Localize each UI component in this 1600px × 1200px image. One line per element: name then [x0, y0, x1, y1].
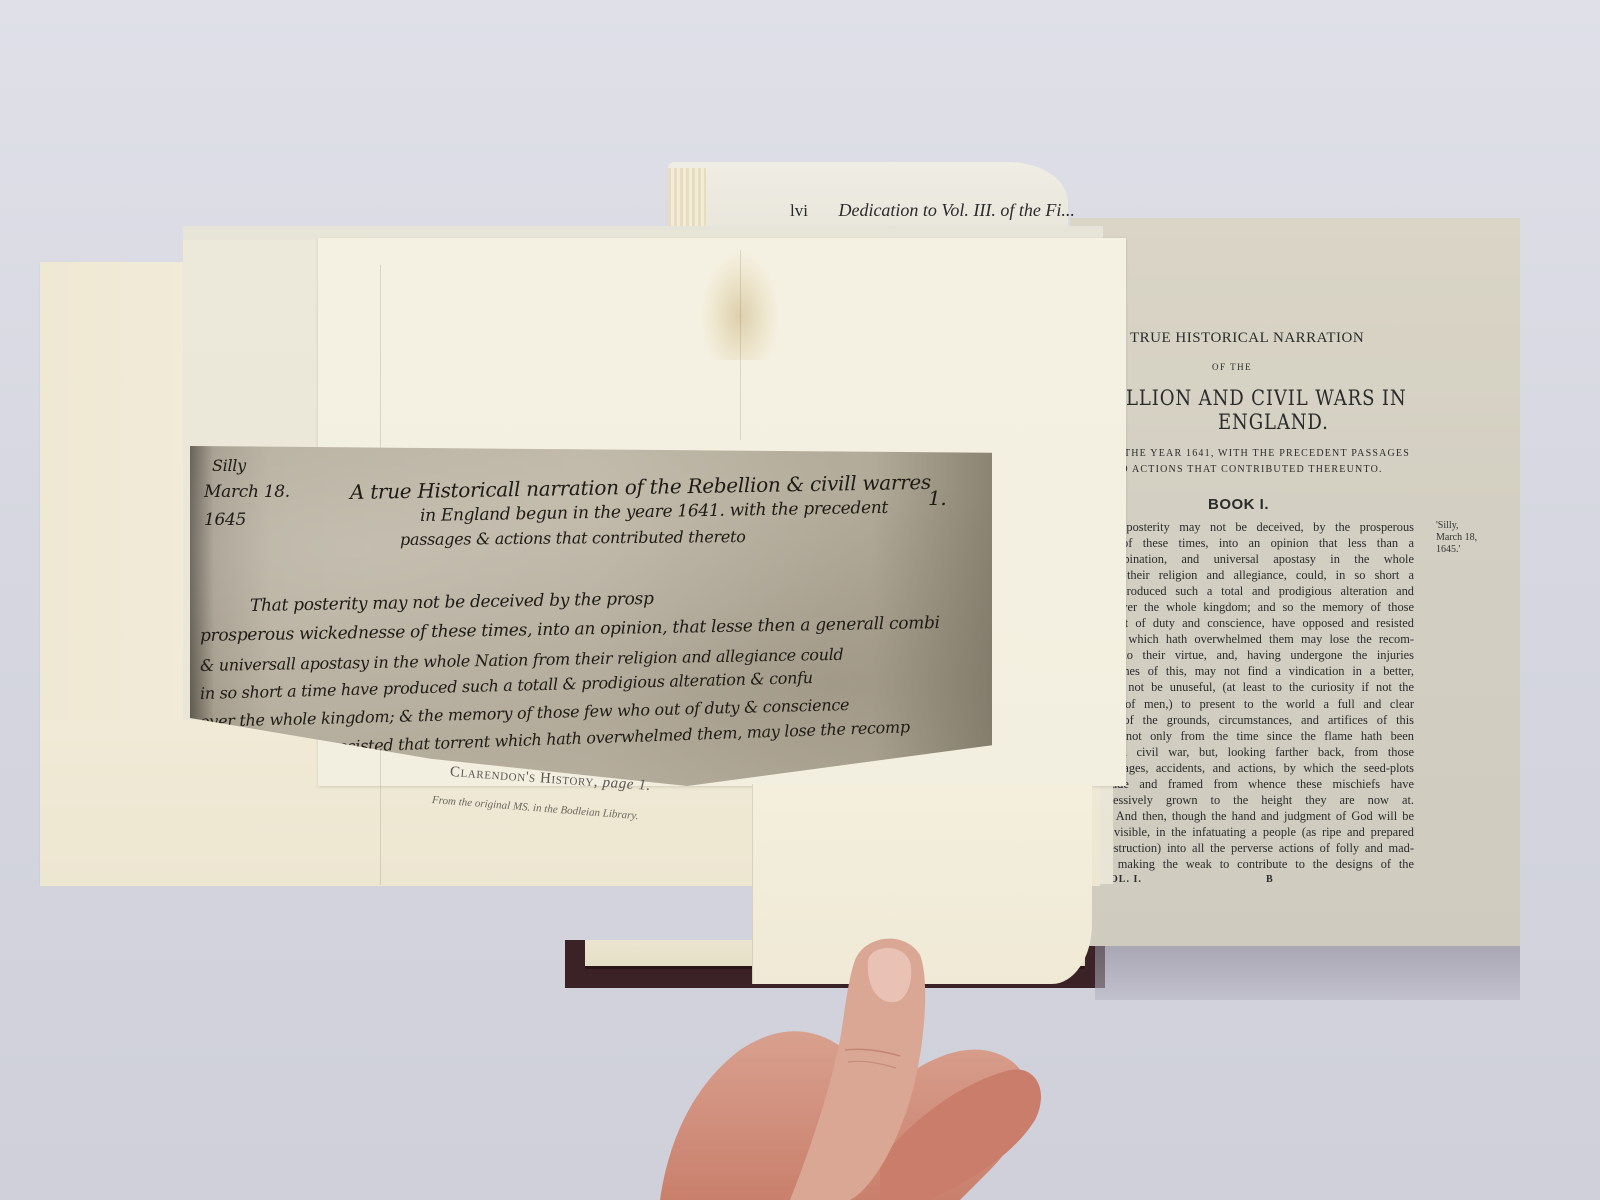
body-line: om their religion and allegiance, could,… — [1102, 567, 1414, 583]
title-line-3: ELLION AND CIVIL WARS IN — [1112, 386, 1407, 410]
page-number: lvi — [790, 201, 808, 220]
body-line: rent which hath overwhelmed them may los… — [1102, 631, 1414, 647]
body-line: y visible, in the infatuating a people (… — [1102, 824, 1414, 840]
running-head-title: Dedication to Vol. III. of the Fi... — [838, 200, 1074, 220]
body-line: , out of duty and conscience, have oppos… — [1102, 615, 1414, 631]
title-line-2: OF THE — [1212, 362, 1252, 372]
running-head: lvi Dedication to Vol. III. of the Fi... — [790, 200, 1075, 221]
body-line: n over the whole kingdom; and so the mem… — [1102, 599, 1414, 615]
subtitle-line-2: ND ACTIONS THAT CONTRIBUTED THEREUNTO. — [1112, 464, 1383, 475]
body-line: ne to their virtue, and, having undergon… — [1102, 647, 1414, 663]
body-line: ice of men,) to present to the world a f… — [1102, 696, 1414, 712]
page-shadow — [1095, 946, 1520, 1000]
body-line: ccessively grown to the height they are … — [1102, 792, 1414, 808]
caption-title-suffix: page 1. — [602, 775, 651, 794]
title-line-4: ENGLAND. — [1218, 410, 1329, 434]
margin-note: 'Silly, March 18, 1645.' — [1436, 520, 1477, 556]
body-line: roaches of this, may not find a vindicat… — [1102, 663, 1414, 679]
ms-line: prosperous wickednesse of these times, i… — [200, 613, 940, 646]
body-line: destruction) into all the perverse actio… — [1102, 840, 1414, 856]
body-line: passages, accidents, and actions, by whi… — [1102, 760, 1414, 776]
footer-signature: B — [1266, 874, 1273, 885]
body-line: on of the grounds, circumstances, and ar… — [1102, 712, 1414, 728]
ms-line: in England begun in the yeare 1641. with… — [420, 498, 888, 526]
manuscript-facsimile: Silly March 18. 1645 1. A true Historica… — [190, 446, 992, 786]
margin-note-line: 'Silly, — [1436, 520, 1477, 532]
body-line: s, making the weak to contribute to the … — [1102, 856, 1414, 872]
body-line: in a civil war, but, looking farther bac… — [1102, 744, 1414, 760]
ms-margin-note: 1645 — [204, 510, 246, 530]
body-line: 2. And then, though the hand and judgmen… — [1102, 808, 1414, 824]
ms-line: That posterity may not be deceived by th… — [250, 589, 654, 616]
body-line: will not be unuseful, (at least to the c… — [1102, 679, 1414, 695]
body-text: AT posterity may not be deceived, by the… — [1102, 519, 1414, 872]
subtitle-line-1: N THE YEAR 1641, WITH THE PRECEDENT PASS… — [1112, 448, 1410, 459]
ms-margin-note: March 18. — [204, 482, 290, 502]
margin-note-line: March 18, — [1436, 532, 1477, 544]
body-line: ss of these times, into an opinion that … — [1102, 535, 1414, 551]
body-line: on, not only from the time since the fla… — [1102, 728, 1414, 744]
hand-icon — [640, 930, 1070, 1200]
body-line: made and framed from whence these mischi… — [1102, 776, 1414, 792]
ms-line: passages & actions that contributed ther… — [400, 527, 746, 549]
body-line: AT posterity may not be deceived, by the… — [1102, 519, 1414, 535]
body-line: re produced such a total and prodigious … — [1102, 583, 1414, 599]
fold-crease — [740, 250, 741, 440]
body-line: combination, and universal apostasy in t… — [1102, 551, 1414, 567]
title-line-1: TRUE HISTORICAL NARRATION — [1130, 330, 1364, 347]
ms-margin-note: Silly — [212, 456, 246, 475]
margin-note-line: 1645.' — [1436, 544, 1477, 556]
book-heading: BOOK I. — [1208, 496, 1269, 513]
